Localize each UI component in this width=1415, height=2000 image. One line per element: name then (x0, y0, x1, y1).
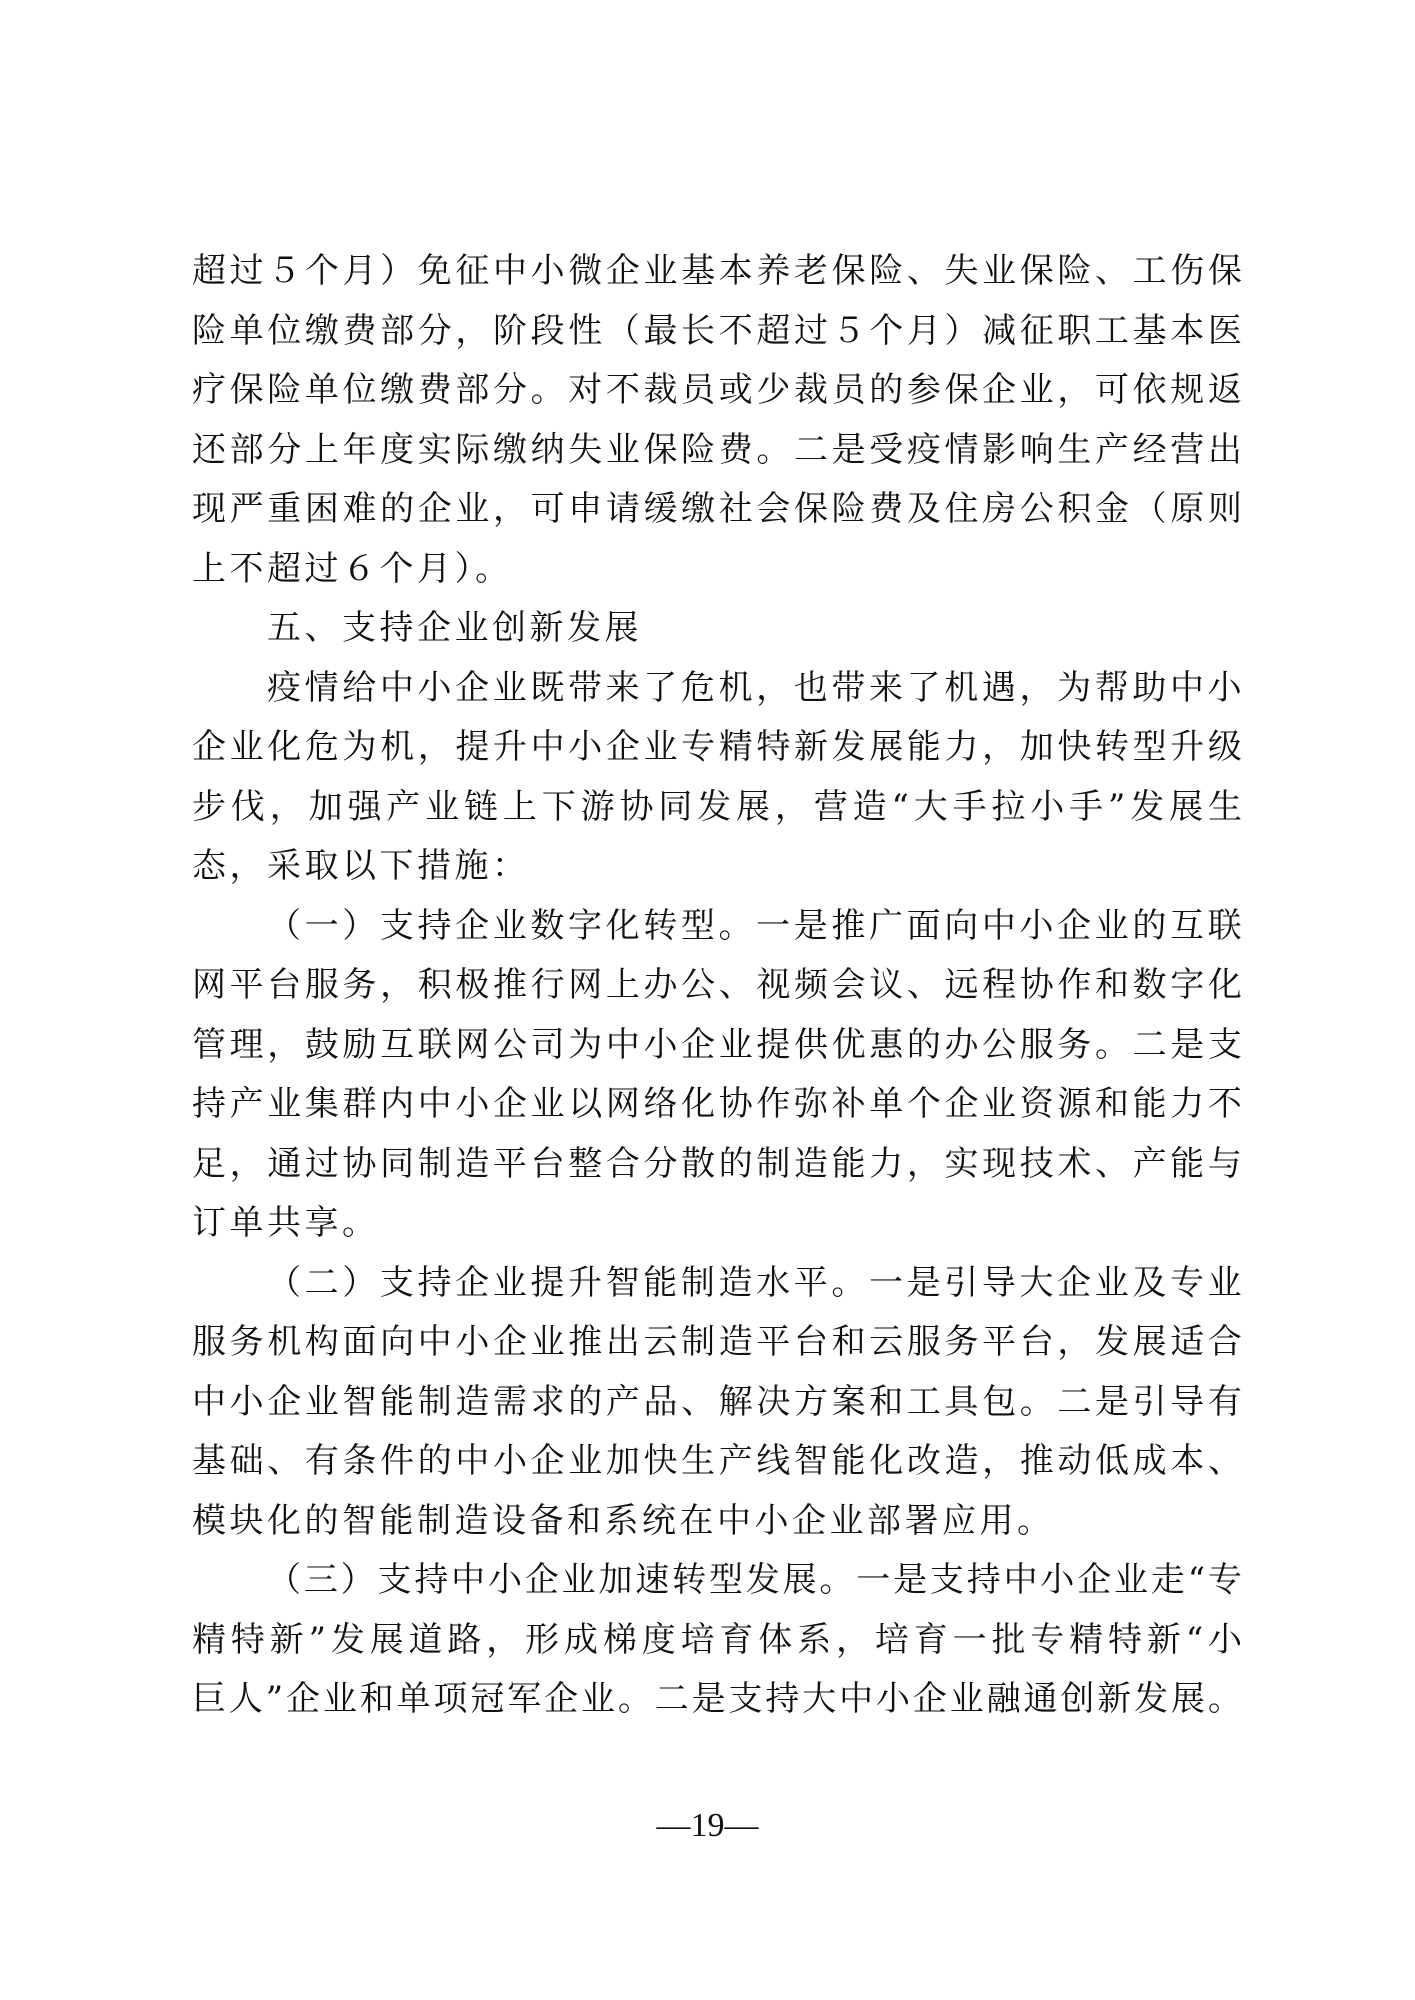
glyph: 大 (1020, 1254, 1054, 1314)
glyph: 构 (305, 1313, 339, 1373)
glyph: 制 (681, 1254, 715, 1314)
glyph: ） (341, 1551, 375, 1611)
glyph: 小 (1208, 1611, 1242, 1671)
glyph: 平 (982, 1313, 1016, 1373)
glyph: 人 (229, 1670, 263, 1730)
glyph: 际 (455, 421, 489, 481)
glyph: 。 (819, 1551, 853, 1611)
glyph: 本 (719, 242, 753, 302)
glyph: 伐 (231, 778, 265, 838)
glyph: 业 (1095, 897, 1129, 957)
glyph: ， (270, 778, 304, 838)
glyph: 请 (606, 480, 640, 540)
glyph: 上 (606, 956, 640, 1016)
glyph: 精 (1069, 1611, 1103, 1671)
glyph: 通 (267, 1135, 301, 1195)
glyph: 小 (1208, 659, 1242, 719)
glyph: 公 (982, 1016, 1016, 1076)
glyph: 资 (1020, 1075, 1054, 1135)
body-text: 超过５个月）免征中小微企业基本养老保险、失业保险、工伤保 险单位缴费部分，阶段性… (192, 242, 1242, 1730)
glyph: 既 (530, 659, 564, 719)
glyph: 和 (1095, 1075, 1129, 1135)
glyph: 大 (802, 1670, 836, 1730)
glyph: 度 (642, 1611, 676, 1671)
glyph: 造 (719, 1313, 753, 1373)
glyph: 业 (493, 897, 527, 957)
glyph: 云 (869, 1313, 903, 1373)
glyph: 新 (270, 1611, 304, 1671)
glyph: 基 (1133, 302, 1167, 362)
text-line: 态，采取以下措施： (192, 837, 1242, 897)
glyph: 的 (907, 1016, 941, 1076)
glyph: 管 (192, 1016, 226, 1076)
glyph: 员 (681, 361, 715, 421)
glyph: 支 (380, 1254, 414, 1314)
glyph: 字 (568, 897, 602, 957)
glyph: 小 (493, 1432, 527, 1492)
glyph: 、 (907, 956, 941, 1016)
glyph: 条 (343, 1432, 377, 1492)
glyph: 原 (1170, 480, 1204, 540)
glyph: 缴 (380, 361, 414, 421)
glyph: 术 (1057, 1135, 1091, 1195)
glyph: 或 (719, 361, 753, 421)
glyph: 生 (1208, 778, 1242, 838)
glyph: 力 (1170, 1075, 1204, 1135)
glyph: 业 (267, 1075, 301, 1135)
glyph: 制 (418, 1135, 452, 1195)
glyph: 疗 (192, 361, 226, 421)
glyph: 一 (305, 897, 339, 957)
glyph: 决 (756, 1373, 790, 1433)
glyph: 加 (1020, 718, 1054, 778)
glyph: 发 (1130, 778, 1164, 838)
glyph: 业 (982, 1075, 1016, 1135)
glyph: 的 (568, 1373, 602, 1433)
glyph: 能 (380, 1373, 414, 1433)
text-line: 服务机构面向中小企业推出云制造平台和云服务平台，发展适合 (192, 1313, 1242, 1373)
glyph: 分 (418, 302, 452, 362)
glyph: ， (486, 1611, 520, 1671)
glyph: 有 (1208, 1373, 1242, 1433)
glyph: 制 (418, 1373, 452, 1433)
text-line: 疫情给中小企业既带来了危机，也带来了机遇，为帮助中小 (192, 659, 1242, 719)
glyph: 返 (1208, 361, 1242, 421)
glyph: 帮 (1095, 659, 1129, 719)
glyph: ， (455, 302, 489, 362)
glyph: 中 (493, 242, 527, 302)
glyph: 小 (455, 1075, 489, 1135)
glyph: 中 (606, 1016, 640, 1076)
glyph: 纳 (531, 421, 565, 481)
glyph: 参 (907, 361, 941, 421)
glyph: 是 (794, 897, 828, 957)
glyph: 推 (568, 1313, 602, 1373)
glyph: 度 (380, 421, 414, 481)
glyph: 月 (907, 302, 941, 362)
glyph: 解 (719, 1373, 753, 1433)
glyph: 业 (644, 718, 678, 778)
glyph: 专 (1170, 1254, 1204, 1314)
glyph: 同 (380, 1135, 414, 1195)
glyph: 升 (568, 1254, 602, 1314)
glyph: 步 (192, 778, 226, 838)
glyph: 集 (305, 1075, 339, 1135)
glyph: 动 (1057, 1432, 1091, 1492)
glyph: 生 (1057, 421, 1091, 481)
glyph: 基 (681, 242, 715, 302)
glyph: 系 (797, 1611, 831, 1671)
glyph: 提 (530, 1254, 564, 1314)
glyph: 企 (945, 1075, 979, 1135)
glyph: 积 (418, 956, 452, 1016)
glyph: 产 (606, 1373, 640, 1433)
glyph: 业 (493, 659, 527, 719)
glyph: 和 (1095, 956, 1129, 1016)
glyph: 会 (832, 956, 866, 1016)
glyph: 有 (305, 1432, 339, 1492)
glyph: 、 (719, 956, 753, 1016)
glyph: 企 (418, 480, 452, 540)
glyph: 超 (756, 302, 790, 362)
glyph: 还 (192, 421, 226, 481)
glyph: 推 (493, 956, 527, 1016)
glyph: 困 (305, 480, 339, 540)
glyph: 批 (991, 1611, 1025, 1671)
glyph: 上 (503, 778, 537, 838)
glyph: 发 (746, 1551, 780, 1611)
glyph: 精 (719, 718, 753, 778)
glyph: 成 (564, 1611, 598, 1671)
glyph: 险 (267, 361, 301, 421)
glyph: 实 (418, 421, 452, 481)
glyph: 疫 (267, 659, 301, 719)
glyph: 积 (1057, 480, 1091, 540)
glyph: 过 (230, 242, 264, 302)
glyph: 培 (875, 1611, 909, 1671)
glyph: 弥 (794, 1075, 828, 1135)
glyph: 发 (832, 718, 866, 778)
glyph: 保 (794, 480, 828, 540)
glyph: 智 (794, 1432, 828, 1492)
glyph: 技 (1020, 1135, 1054, 1195)
glyph: 。 (618, 1670, 652, 1730)
glyph: 险 (832, 480, 866, 540)
glyph: 作 (756, 1075, 790, 1135)
glyph: 手 (953, 778, 987, 838)
text-line: 现严重困难的企业，可申请缓缴社会保险费及住房公积金（原则 (192, 480, 1242, 540)
glyph: 二 (305, 1254, 339, 1314)
glyph: ， (267, 1016, 301, 1076)
glyph: 导 (1170, 1373, 1204, 1433)
glyph: 服 (305, 956, 339, 1016)
glyph: 服 (907, 1313, 941, 1373)
glyph: 持 (967, 1551, 1001, 1611)
glyph: 台 (531, 1135, 565, 1195)
glyph: 平 (230, 956, 264, 1016)
glyph: ， (982, 718, 1016, 778)
text-line: 管理，鼓励互联网公司为中小企业提供优惠的办公服务。二是支 (192, 1016, 1242, 1076)
glyph: 少 (756, 361, 790, 421)
glyph: 、 (267, 1432, 301, 1492)
glyph: 务 (343, 956, 377, 1016)
glyph: 出 (606, 1313, 640, 1373)
glyph: 小 (876, 1670, 910, 1730)
glyph: 响 (1020, 421, 1054, 481)
glyph: 拉 (991, 778, 1025, 838)
glyph: 中 (1004, 1551, 1038, 1611)
glyph: 公 (493, 1016, 527, 1076)
glyph: 规 (1170, 361, 1204, 421)
glyph: 合 (1208, 1313, 1242, 1373)
glyph: 补 (832, 1075, 866, 1135)
glyph: 能 (643, 1254, 677, 1314)
glyph: ” (309, 1611, 326, 1671)
glyph: 造 (945, 1432, 979, 1492)
glyph: 二 (655, 1670, 689, 1730)
glyph: 提 (756, 1016, 790, 1076)
glyph: 。 (719, 897, 753, 957)
glyph: 速 (635, 1551, 669, 1611)
glyph: 新 (1097, 1670, 1131, 1730)
glyph: 产 (1133, 1135, 1167, 1195)
glyph: 程 (982, 956, 1016, 1016)
glyph: 保 (644, 421, 678, 481)
glyph: 机 (719, 659, 753, 719)
glyph: 缴 (493, 421, 527, 481)
glyph: 企 (544, 1670, 578, 1730)
glyph: 业 (1114, 1551, 1148, 1611)
glyph: 平 (794, 1254, 828, 1314)
glyph: 的 (719, 1135, 753, 1195)
glyph: 超 (192, 242, 226, 302)
glyph: 联 (418, 1016, 452, 1076)
glyph: ” (266, 1670, 283, 1730)
glyph: 链 (464, 778, 498, 838)
text-line: 精特新”发展道路，形成梯度培育体系，培育一批专精特新“小 (192, 1611, 1242, 1671)
page-number: —19— (0, 1806, 1415, 1846)
glyph: 一 (856, 1551, 890, 1611)
glyph: 单 (869, 1075, 903, 1135)
glyph: ， (230, 1135, 264, 1195)
glyph: ５ (832, 302, 866, 362)
glyph: 。 (756, 421, 790, 481)
glyph: 广 (869, 897, 903, 957)
glyph: 也 (794, 659, 828, 719)
glyph: 展 (736, 778, 770, 838)
glyph: 转 (672, 1551, 706, 1611)
glyph: 数 (1133, 956, 1167, 1016)
glyph: 带 (568, 659, 602, 719)
glyph: 办 (945, 1016, 979, 1076)
glyph: 机 (380, 718, 414, 778)
glyph: 转 (1095, 718, 1129, 778)
glyph: 面 (343, 1313, 377, 1373)
glyph: 础 (230, 1432, 264, 1492)
glyph: 网 (192, 956, 226, 1016)
glyph: 能 (1133, 1075, 1167, 1135)
glyph: 型 (681, 897, 715, 957)
glyph: 了 (907, 659, 941, 719)
glyph: 包 (982, 1373, 1016, 1433)
text-line: 上不超过６个月）。 (192, 540, 1242, 600)
glyph: 支 (729, 1670, 763, 1730)
glyph: 减 (982, 302, 1016, 362)
glyph: 裁 (644, 361, 678, 421)
glyph: 型 (709, 1551, 743, 1611)
glyph: 手 (1069, 778, 1103, 838)
glyph: 及 (907, 480, 941, 540)
glyph: 为 (343, 718, 377, 778)
glyph: 小 (1030, 778, 1064, 838)
glyph: 造 (853, 778, 887, 838)
glyph: 性 (568, 302, 602, 362)
glyph: 小 (568, 718, 602, 778)
glyph: 供 (794, 1016, 828, 1076)
glyph: 的 (380, 480, 414, 540)
glyph: 业 (562, 1551, 596, 1611)
glyph: 的 (869, 361, 903, 421)
glyph: 企 (606, 242, 640, 302)
glyph: 月 (343, 242, 377, 302)
glyph: 与 (1208, 1135, 1242, 1195)
glyph: 持 (418, 897, 452, 957)
glyph: （ (606, 302, 640, 362)
glyph: 鼓 (305, 1016, 339, 1076)
glyph: 化 (1208, 956, 1242, 1016)
glyph: 展 (869, 718, 903, 778)
glyph: 业 (531, 1075, 565, 1135)
glyph: 加 (309, 778, 343, 838)
glyph: ， (1057, 361, 1091, 421)
glyph: 加 (606, 1432, 640, 1492)
glyph: 造 (455, 1135, 489, 1195)
glyph: 及 (1132, 1254, 1166, 1314)
glyph: 智 (606, 1254, 640, 1314)
glyph: 企 (982, 361, 1016, 421)
glyph: 影 (982, 421, 1016, 481)
glyph: 经 (1133, 421, 1167, 481)
glyph: 。 (531, 361, 565, 421)
glyph: 情 (945, 421, 979, 481)
glyph: 险 (192, 302, 226, 362)
glyph: 金 (1095, 480, 1129, 540)
glyph: 梯 (603, 1611, 637, 1671)
glyph: 机 (267, 1313, 301, 1373)
glyph: 现 (192, 480, 226, 540)
glyph: ， (1020, 659, 1054, 719)
section-heading: 五、支持企业创新发展 (192, 599, 1242, 659)
glyph: 、 (1208, 1432, 1242, 1492)
glyph: 化 (681, 1075, 715, 1135)
glyph: 小 (455, 1313, 489, 1373)
glyph: 造 (719, 1254, 753, 1314)
glyph: 、 (1095, 1135, 1129, 1195)
glyph: 协 (619, 778, 653, 838)
glyph: 实 (945, 1135, 979, 1195)
glyph: 费 (719, 421, 753, 481)
glyph: 费 (343, 302, 377, 362)
glyph: 级 (1208, 718, 1242, 778)
glyph: 作 (1057, 956, 1091, 1016)
glyph: 个 (869, 302, 903, 362)
glyph: 了 (643, 659, 677, 719)
glyph: 危 (305, 718, 339, 778)
glyph: 中 (455, 1432, 489, 1492)
glyph: 企 (192, 718, 226, 778)
glyph: 不 (606, 361, 640, 421)
glyph: 产 (719, 1432, 753, 1492)
glyph: 专 (1208, 1551, 1242, 1611)
glyph: 出 (1208, 421, 1242, 481)
glyph: 险 (869, 242, 903, 302)
glyph: 制 (756, 1135, 790, 1195)
glyph: （ (267, 1551, 301, 1611)
glyph: 业 (719, 1016, 753, 1076)
glyph: 办 (644, 956, 678, 1016)
glyph: 中 (418, 1075, 452, 1135)
glyph: 协 (343, 1135, 377, 1195)
glyph: 品 (644, 1373, 678, 1433)
glyph: 引 (944, 1254, 978, 1314)
glyph: 发 (1095, 1313, 1129, 1373)
glyph: 会 (756, 480, 790, 540)
text-line: 疗保险单位缴费部分。对不裁员或少裁员的参保企业，可依规返 (192, 361, 1242, 421)
glyph: 危 (681, 659, 715, 719)
glyph: 业 (568, 1432, 602, 1492)
glyph: ， (907, 1135, 941, 1195)
glyph: 务 (230, 1313, 264, 1373)
text-line: 还部分上年度实际缴纳失业保险费。二是受疫情影响生产经营出 (192, 421, 1242, 481)
glyph: 业 (493, 1254, 527, 1314)
glyph: ） (342, 1254, 376, 1314)
glyph: 费 (869, 480, 903, 540)
glyph: 员 (832, 361, 866, 421)
glyph: 最 (644, 302, 678, 362)
glyph: 业 (982, 242, 1016, 302)
glyph: 遇 (982, 659, 1016, 719)
glyph: 件 (380, 1432, 414, 1492)
glyph: 体 (758, 1611, 792, 1671)
glyph: 企 (493, 1313, 527, 1373)
glyph: ， (756, 659, 790, 719)
glyph: 业 (606, 421, 640, 481)
glyph: 企 (681, 1016, 715, 1076)
glyph: 是 (832, 421, 866, 481)
glyph: 企 (913, 1670, 947, 1730)
glyph: 协 (1020, 956, 1054, 1016)
text-line: 超过５个月）免征中小微企业基本养老保险、失业保险、工伤保 (192, 242, 1242, 302)
glyph: 、 (1095, 242, 1129, 302)
glyph: 来 (606, 659, 640, 719)
glyph: 裁 (794, 361, 828, 421)
text-line: 步伐，加强产业链上下游协同发展，营造“大手拉小手”发展生 (192, 778, 1242, 838)
glyph: 案 (832, 1373, 866, 1433)
glyph: 和 (869, 1373, 903, 1433)
glyph: 通 (1024, 1670, 1058, 1730)
glyph: 形 (525, 1611, 559, 1671)
glyph: 依 (1133, 361, 1167, 421)
glyph: 以 (568, 1075, 602, 1135)
glyph: 申 (568, 480, 602, 540)
glyph: 展 (783, 1551, 817, 1611)
glyph: 单 (230, 302, 264, 362)
glyph: 司 (531, 1016, 565, 1076)
glyph: 专 (681, 718, 715, 778)
glyph: 是 (907, 1254, 941, 1314)
glyph: 本 (1170, 302, 1204, 362)
glyph: ， (493, 480, 527, 540)
